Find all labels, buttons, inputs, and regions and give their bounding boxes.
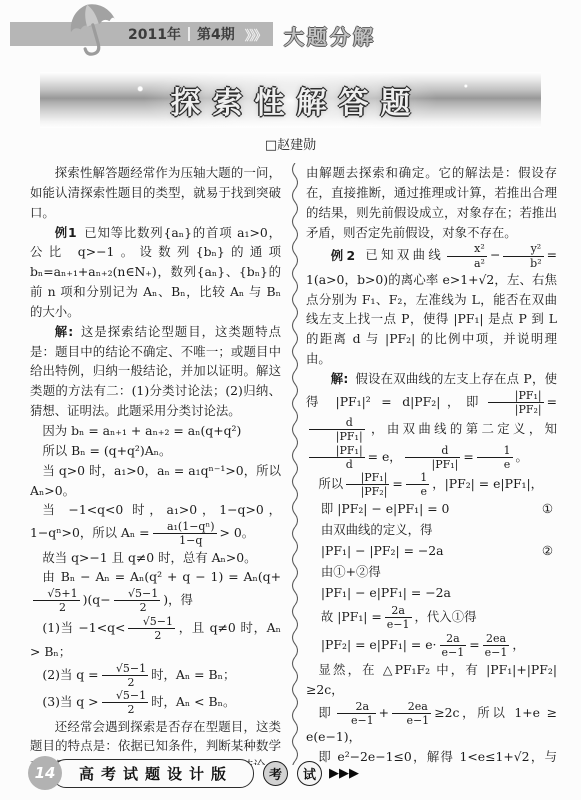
solution-1: 解:这是探索结论型题目，这类题特点是：题目中的结论不确定、不唯一；或题目中给出特… xyxy=(30,322,281,421)
equation: 所以|PF₁||PF₂|=1e，|PF₂| = e|PF₁|， xyxy=(306,471,557,498)
brand-title: 高考试题设计版 xyxy=(52,759,254,788)
equation: 故 |PF₁| =2ae−1，代入①得 xyxy=(306,604,557,631)
page-header: 2011年 第4期 》》》 大题分解 xyxy=(0,0,581,62)
article-title: 探索性解答题 xyxy=(159,78,423,122)
fraction: 1e xyxy=(477,444,513,471)
fraction: |PF₁|d xyxy=(309,444,365,471)
fraction: 1e xyxy=(406,471,429,498)
fraction: d|PF₁| xyxy=(405,444,461,471)
magazine-page: 2011年 第4期 》》》 大题分解 探索性解答题 □赵建勋 探索性解答题经常作… xyxy=(0,0,581,800)
fraction: |PF₁||PF₂| xyxy=(488,389,544,416)
header-year: 2011年 xyxy=(128,24,181,44)
solution-2: 解:假设在双曲线的左支上存在点 P，使得 |PF₁|² = d|PF₂|，即|P… xyxy=(306,369,557,471)
example-2-label: 例2 xyxy=(331,248,355,263)
fraction: √5−12 xyxy=(128,615,175,642)
case-3: (3)当 q >√5−12时，Aₙ < Bₙ。 xyxy=(30,689,281,716)
badge-shi: 试 xyxy=(297,761,322,786)
page-footer: 14 高考试题设计版 考 试 ▶▶▶ xyxy=(28,756,359,790)
equation: 故当 q>−1 且 q≠0 时，总有 Aₙ>0。 xyxy=(30,548,281,568)
header-issue: 第4期 xyxy=(197,24,235,44)
continuation-paragraph: 由解题去探索和确定。它的解法是：假设存在，直接推断，通过推理或计算，若推出合理的… xyxy=(306,163,557,242)
intro-paragraph: 探索性解答题经常作为压轴大题的一问，如能认清探索性题目的类型，就易于找到突破口。 xyxy=(30,163,281,223)
right-column: 由解题去探索和确定。它的解法是：假设存在，直接推断，通过推理或计算，若推出合理的… xyxy=(306,163,557,765)
solution-1-label: 解: xyxy=(55,324,73,339)
equation-1: 即 |PF₂| − e|PF₁| = 0① xyxy=(306,499,557,519)
title-banner: 探索性解答题 xyxy=(40,72,541,128)
triangle-inequality: 显然，在 △PF₁F₂ 中，有 |PF₁|+|PF₂| ≥2c， xyxy=(306,660,557,700)
equation: 由 Bₙ − Aₙ = Aₙ(q² + q − 1) = Aₙ(q+√5+12)… xyxy=(30,567,281,614)
case-2: (2)当 q =√5−12时，Aₙ = Bₙ； xyxy=(30,662,281,689)
fraction: |PF₁||PF₂| xyxy=(346,471,389,498)
column-divider xyxy=(289,163,298,765)
fraction: √5−12 xyxy=(102,689,149,716)
fraction: 2eae−1 xyxy=(392,700,431,727)
equation: 当 −1<q<0 时，a₁>0，1−q>0，1−qⁿ>0，所以 Aₙ =a₁(1… xyxy=(30,500,281,547)
example-1: 例1已知等比数列{aₙ}的首项 a₁>0，公比 q>−1。设数列{bₙ}的通项 … xyxy=(30,223,281,322)
equation: 由双曲线的定义，得 xyxy=(306,520,557,540)
page-number: 14 xyxy=(28,756,62,790)
equation: 即2ae−1+2eae−1≥2c，所以 1+e ≥ e(e−1)， xyxy=(306,700,557,747)
equation-2: |PF₁| − |PF₂| = −2a② xyxy=(306,541,557,561)
equation: 所以 Bₙ = (q+q²)Aₙ。 xyxy=(30,441,281,461)
fraction: 2ae−1 xyxy=(385,604,412,631)
header-divider xyxy=(188,27,190,41)
fraction: y²b² xyxy=(503,242,543,269)
solution-2-label: 解: xyxy=(331,371,349,386)
example-1-label: 例1 xyxy=(55,225,77,240)
fraction: 2ae−1 xyxy=(440,632,467,659)
fraction: a₁(1−qⁿ)1−q xyxy=(153,520,217,547)
equation: 由①+②得 xyxy=(306,562,557,582)
equation: |PF₂| = e|PF₁| = e·2ae−1=2eae−1， xyxy=(306,632,557,659)
example-2: 例2已知双曲线x²a²−y²b²= 1(a>0，b>0)的离心率 e>1+√2，… xyxy=(306,242,557,369)
equation-tag-1: ① xyxy=(542,499,553,519)
left-column: 探索性解答题经常作为压轴大题的一问，如能认清探索性题目的类型，就易于找到突破口。… xyxy=(30,163,281,765)
equation-tag-2: ② xyxy=(542,541,553,561)
umbrella-icon xyxy=(64,0,120,64)
chevrons-icon: 》》》 xyxy=(245,25,265,44)
author-byline: □赵建勋 xyxy=(0,134,581,153)
article-body: 探索性解答题经常作为压轴大题的一问，如能认清探索性题目的类型，就易于找到突破口。… xyxy=(30,163,557,765)
fraction: 2eae−1 xyxy=(483,632,510,659)
header-bar: 2011年 第4期 》》》 xyxy=(10,22,273,46)
arrows-icon: ▶▶▶ xyxy=(329,766,359,781)
badge-kao: 考 xyxy=(263,761,288,786)
equation: 因为 bₙ = aₙ₊₁ + aₙ₊₂ = aₙ(q+q²) xyxy=(30,421,281,441)
fraction: √5−12 xyxy=(102,662,149,689)
fraction: √5+12 xyxy=(33,587,80,614)
case-1: (1)当 −1<q<√5−12，且 q≠0 时，Aₙ > Bₙ； xyxy=(30,615,281,662)
section-title: 大题分解 xyxy=(284,21,376,50)
fraction: d|PF₁| xyxy=(309,416,365,443)
fraction: √5−12 xyxy=(114,587,161,614)
equation: 当 q>0 时，a₁>0，aₙ = a₁qⁿ⁻¹>0，所以 Aₙ>0。 xyxy=(30,461,281,501)
equation: |PF₁| − e|PF₁| = −2a xyxy=(306,583,557,603)
fraction: 2ae−1 xyxy=(337,700,376,727)
fraction: x²a² xyxy=(447,242,487,269)
